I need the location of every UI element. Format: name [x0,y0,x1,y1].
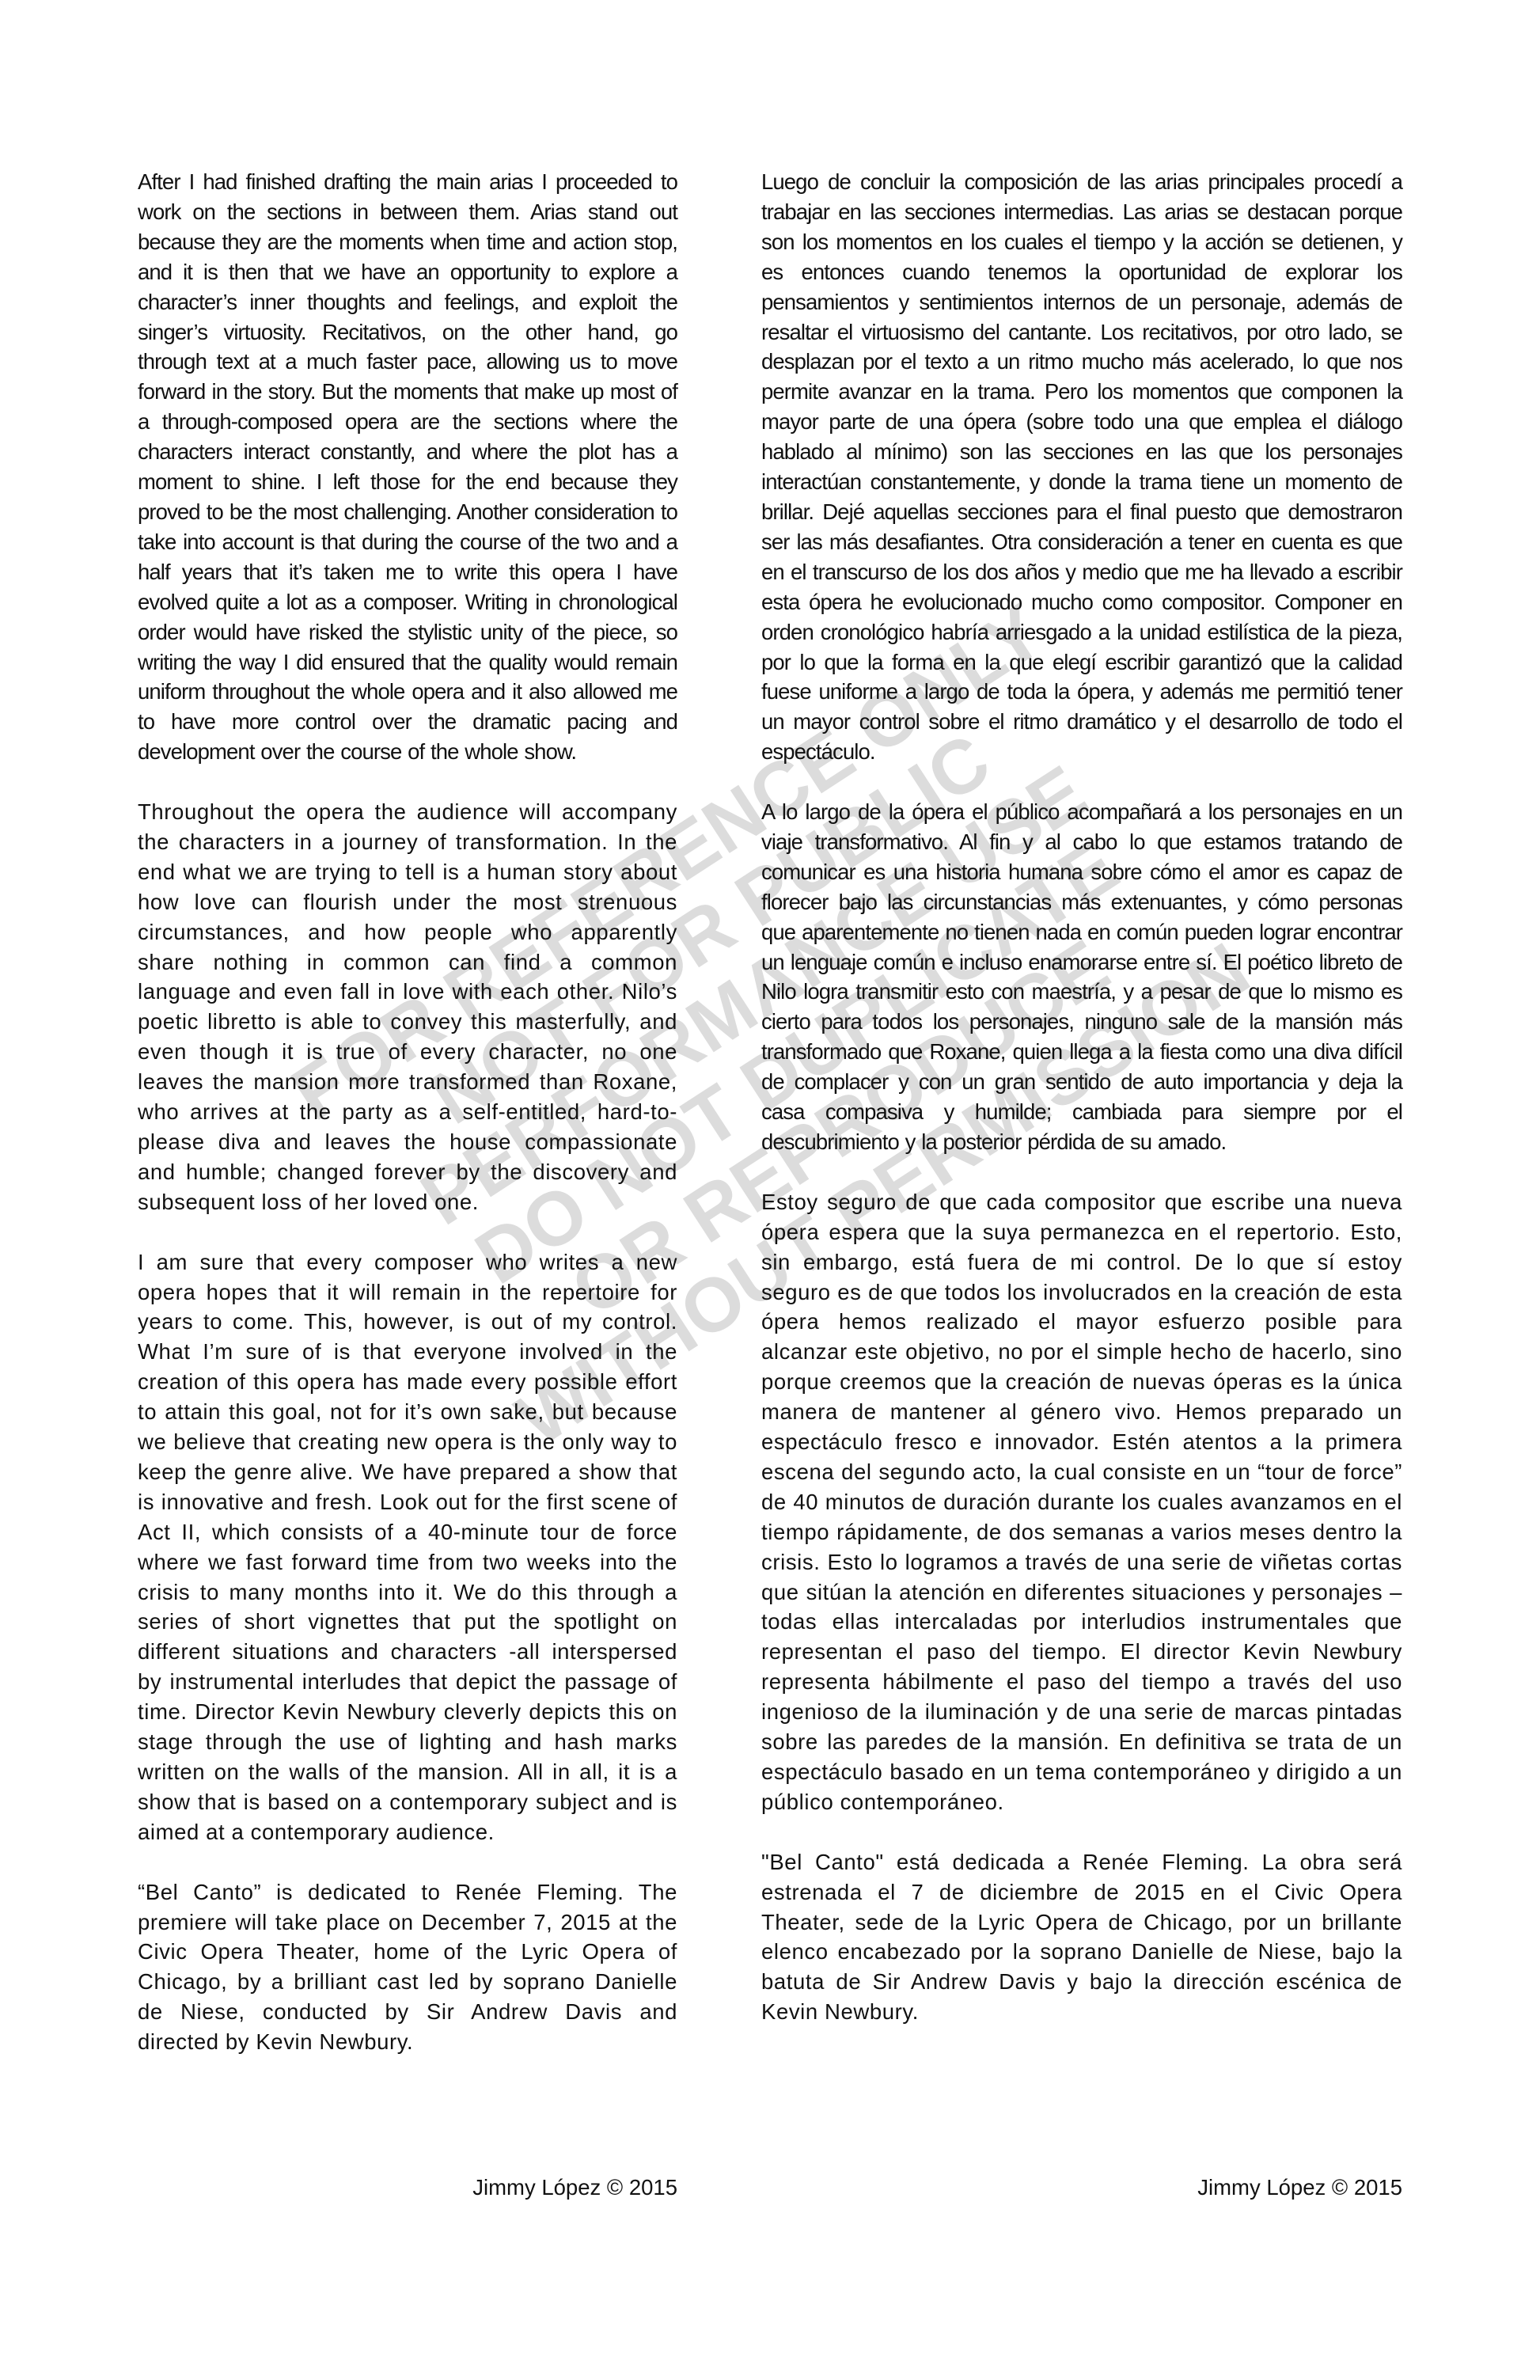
english-paragraph-2: Throughout the opera the audience will a… [138,797,677,1217]
spanish-paragraph-3: Estoy seguro de que cada compositor que … [761,1187,1402,1817]
spanish-paragraph-2: A lo largo de la ópera el público acompa… [761,797,1402,1157]
spanish-footer-copyright: Jimmy López © 2015 [761,2173,1402,2203]
english-paragraph-4: “Bel Canto” is dedicated to Renée Flemin… [138,1877,677,2057]
english-column: After I had finished drafting the main a… [138,167,677,2087]
document-page: FOR REFERENCE ONLY NOT FOR PUBLIC PERFOR… [0,0,1540,2380]
spanish-paragraph-4: "Bel Canto" está dedicada a Renée Flemin… [761,1847,1402,2027]
english-footer-copyright: Jimmy López © 2015 [138,2173,677,2203]
english-paragraph-1: After I had finished drafting the main a… [138,167,677,767]
spanish-paragraph-1: Luego de concluir la composición de las … [761,167,1402,767]
english-paragraph-3: I am sure that every composer who writes… [138,1247,677,1847]
spanish-column: Luego de concluir la composición de las … [761,167,1402,2057]
